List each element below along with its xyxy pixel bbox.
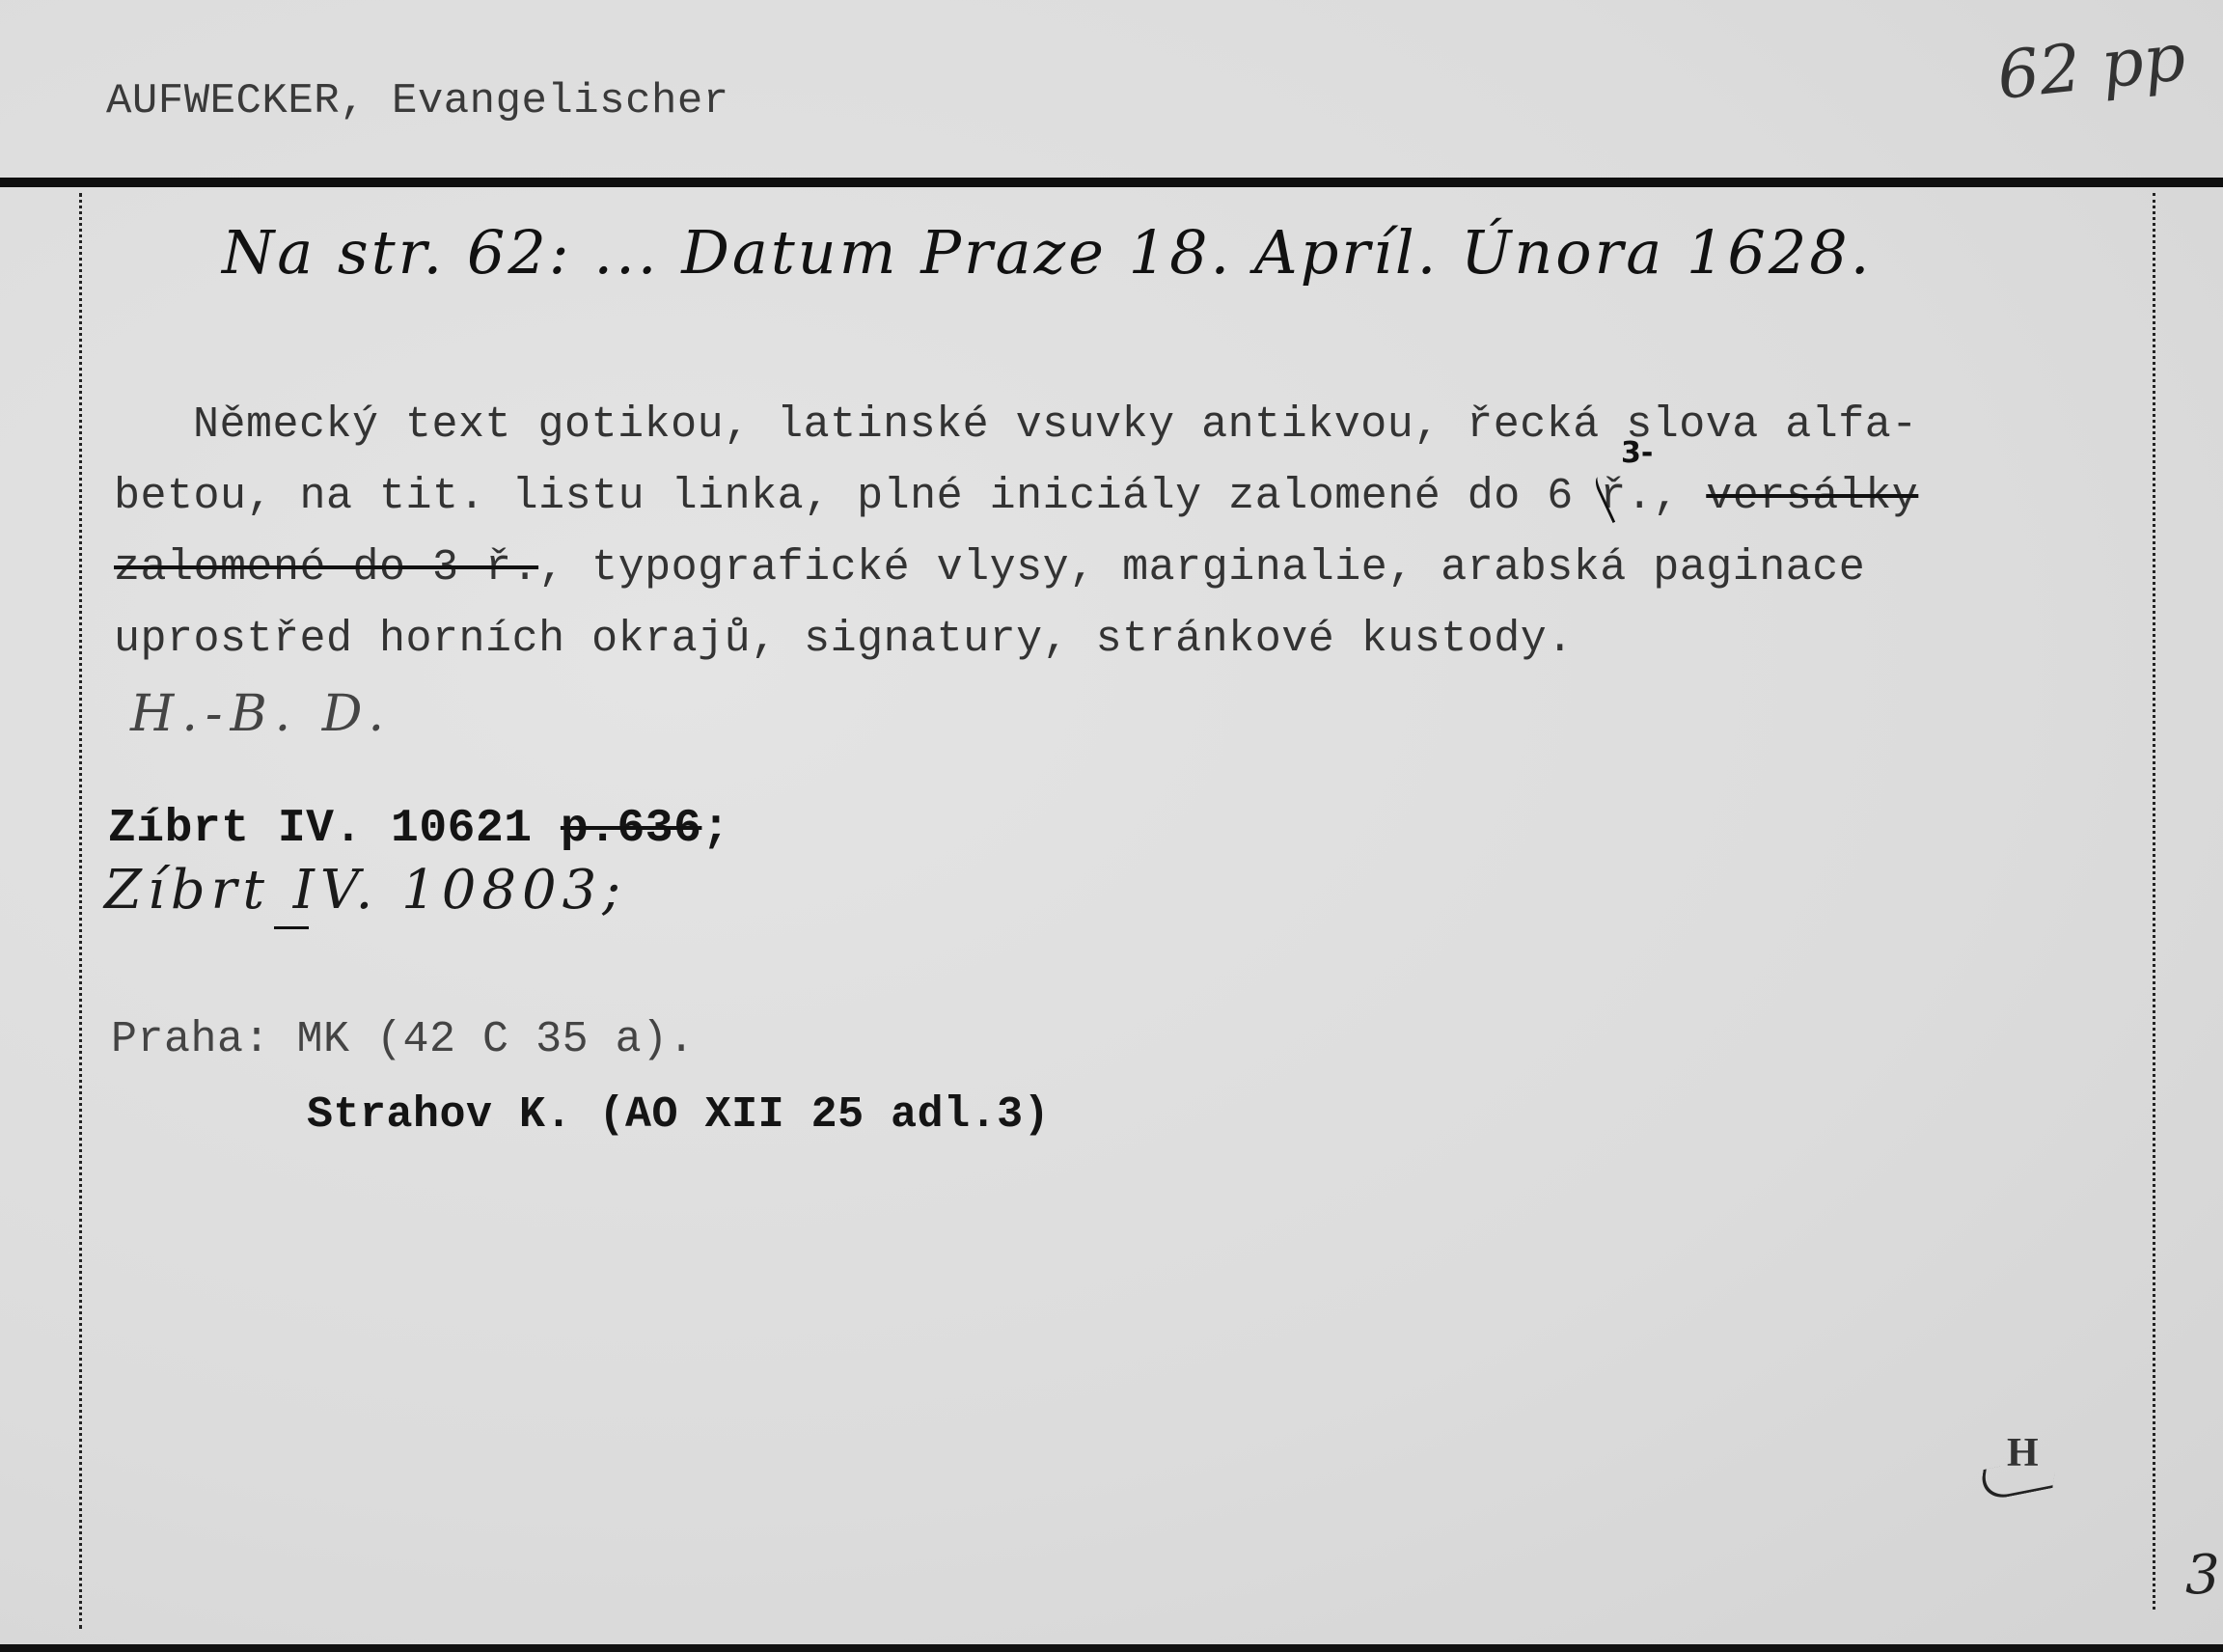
location-praha: Praha: MK (42 C 35 a). xyxy=(111,1015,695,1064)
handwritten-initials: H.-B. D. xyxy=(130,685,392,743)
handwritten-note: Na str. 62: ... Datum Praze 18. Apríl. Ú… xyxy=(222,217,1872,288)
right-margin-line xyxy=(2153,193,2155,1610)
description-line-1: Německý text gotikou, latinské vsuvky an… xyxy=(193,390,1918,461)
check-mark-icon xyxy=(1978,1455,2057,1502)
bottom-edge xyxy=(0,1644,2223,1652)
description-line-3-text: , typografické vlysy, marginalie, arabsk… xyxy=(538,543,1865,592)
left-margin-line xyxy=(79,193,82,1629)
description-line-2: betou, na tit. listu linka, plné iniciál… xyxy=(114,461,1918,533)
struck-text: p.636 xyxy=(561,803,702,855)
insertion-mark: 3- xyxy=(1621,436,1653,470)
catalog-card: AUFWECKER, Evangelischer 62 pp Na str. 6… xyxy=(0,0,2223,1645)
description-line-3: zalomené do 3 ř., typografické vlysy, ma… xyxy=(114,533,1865,604)
reference-typed-end: ; xyxy=(701,803,729,855)
card-heading: AUFWECKER, Evangelischer xyxy=(106,77,729,125)
pages-note: 62 pp xyxy=(1993,19,2188,115)
roman-numeral-underline xyxy=(274,926,309,929)
struck-text: zalomené do 3 ř. xyxy=(114,543,538,592)
reference-typed-text: Zíbrt IV. 10621 xyxy=(108,803,533,855)
description-line-2-text: betou, na tit. listu linka, plné iniciál… xyxy=(114,472,1706,521)
header-rule xyxy=(0,178,2223,187)
description-line-4: uprostřed horních okrajů, signatury, str… xyxy=(114,604,1574,675)
struck-text: versálky xyxy=(1706,472,1918,521)
location-strahov: Strahov K. (AO XII 25 adl.3) xyxy=(307,1090,1050,1140)
reference-typed: Zíbrt IV. 10621 p.636; xyxy=(108,803,730,855)
card-number: 3 xyxy=(2185,1544,2220,1607)
reference-handwritten: Zíbrt IV. 10803; xyxy=(104,859,626,922)
